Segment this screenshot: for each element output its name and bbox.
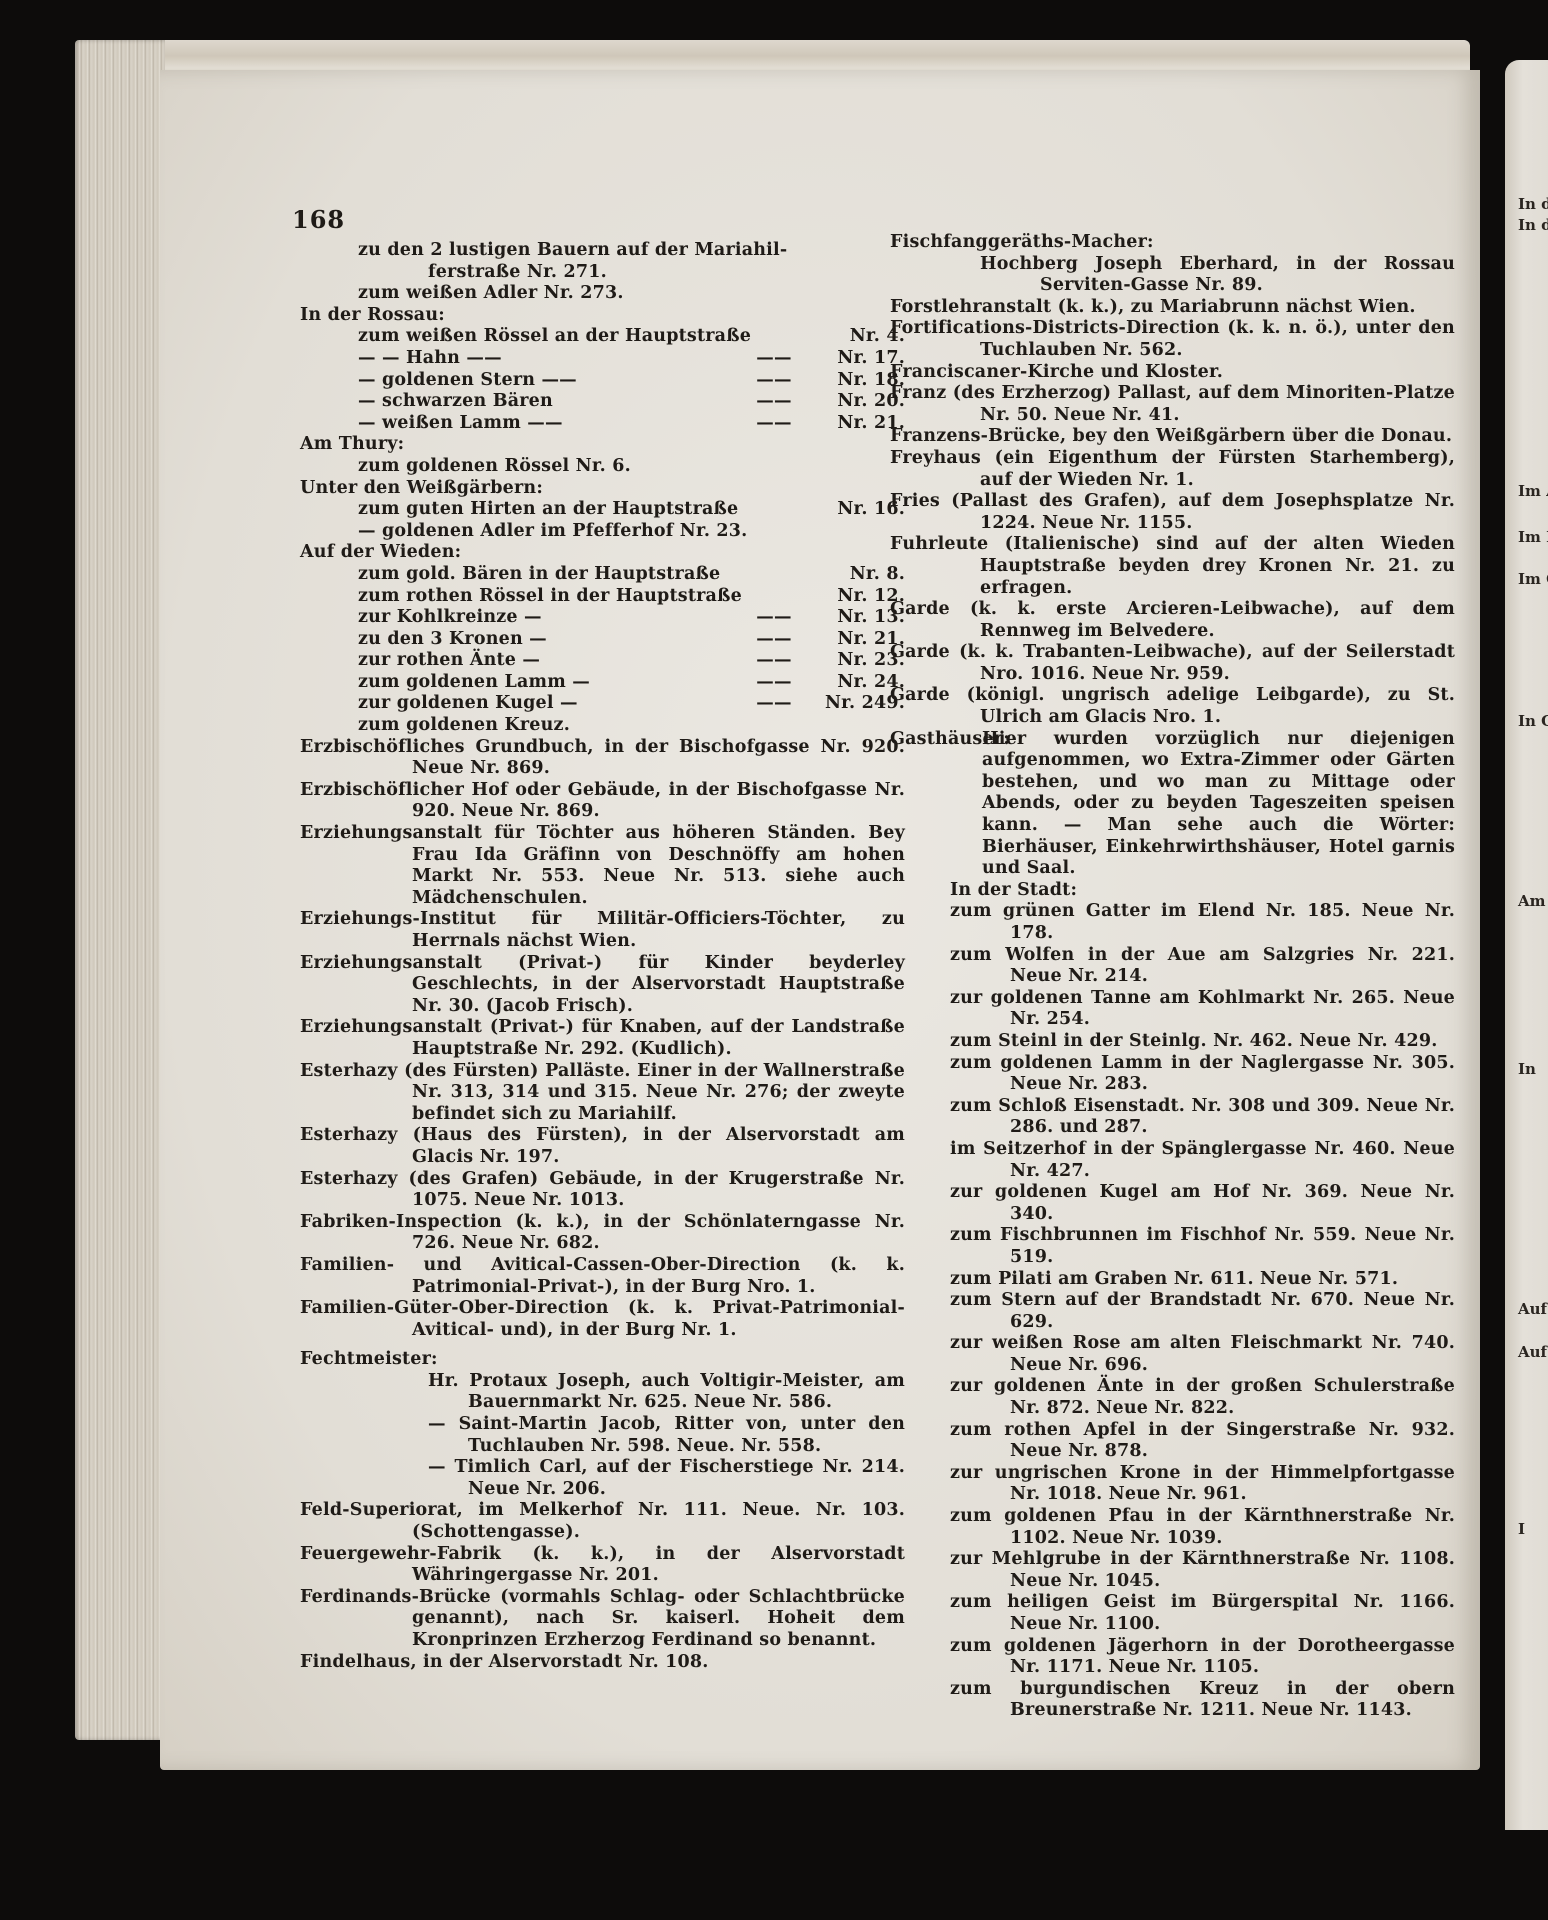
- item-name: zur Kohlkreinze —: [358, 607, 739, 629]
- list-item: zum Stern auf der Brandstadt Nr. 670. Ne…: [890, 1290, 1455, 1333]
- entry: Findelhaus, in der Alservorstadt Nr. 108…: [300, 1652, 905, 1674]
- list-item: zur Mehlgrube in der Kärnthnerstraße Nr.…: [890, 1549, 1455, 1592]
- item-name: — schwarzen Bären: [358, 391, 739, 413]
- book-page-edges: [75, 40, 165, 1740]
- entry: Feuergewehr-Fabrik (k. k.), in der Alser…: [300, 1544, 905, 1587]
- entry: Esterhazy (des Grafen) Gebäude, in der K…: [300, 1169, 905, 1212]
- facing-page-edge: [1505, 60, 1548, 1830]
- group-heading: In der Rossau:: [300, 305, 905, 327]
- facing-page-text: In der: [1518, 216, 1548, 234]
- list-item: — weißen Lamm ————Nr. 21.: [300, 413, 905, 435]
- facing-page-text: Auf: [1518, 1300, 1547, 1318]
- entry: Ferdinands-Brücke (vormahls Schlag- oder…: [300, 1587, 905, 1652]
- entry: Erziehungs-Institut für Militär-Officier…: [300, 909, 905, 952]
- list-item: zum burgundischen Kreuz in der obern Bre…: [890, 1679, 1455, 1722]
- item-dash: ——: [739, 348, 809, 370]
- entry: Esterhazy (des Fürsten) Palläste. Einer …: [300, 1061, 905, 1126]
- entry: Hochberg Joseph Eberhard, in der Rossau …: [890, 254, 1455, 297]
- item-name: zum rothen Rössel in der Hauptstraße: [358, 586, 809, 608]
- item-name: zum goldenen Lamm —: [358, 672, 739, 694]
- gasthaeuser-entry: Gasthäuser: Hier wurden vorzüglich nur d…: [890, 729, 1455, 880]
- group-heading: Am Thury:: [300, 434, 905, 456]
- entry: Fuhrleute (Italienische) sind auf der al…: [890, 534, 1455, 599]
- group-heading: Unter den Weißgärbern:: [300, 478, 905, 500]
- facing-page-text: Am: [1518, 892, 1546, 910]
- entry: Garde (k. k. Trabanten-Leibwache), auf d…: [890, 642, 1455, 685]
- list-item: zur ungrischen Krone in der Himmelpfortg…: [890, 1463, 1455, 1506]
- entry-list: Forstlehranstalt (k. k.), zu Mariabrunn …: [890, 297, 1455, 729]
- subheading-in-der-stadt: In der Stadt:: [890, 880, 1455, 902]
- entry: Fortifications-Districts-Direction (k. k…: [890, 318, 1455, 361]
- entry: Erzbischöflicher Hof oder Gebäude, in de…: [300, 780, 905, 823]
- facing-page-text: Im B: [1518, 528, 1548, 546]
- entry: Franciscaner-Kirche und Kloster.: [890, 362, 1455, 384]
- item-name: zur goldenen Kugel —: [358, 693, 739, 715]
- list-item: Hr. Protaux Joseph, auch Voltigir-Meiste…: [300, 1371, 905, 1414]
- item-dash: ——: [739, 370, 809, 392]
- entry: Freyhaus (ein Eigenthum der Fürsten Star…: [890, 448, 1455, 491]
- item-name: — — Hahn ——: [358, 348, 739, 370]
- item-dash: ——: [739, 693, 809, 715]
- entry: Fabriken-Inspection (k. k.), in der Schö…: [300, 1212, 905, 1255]
- list-item: — schwarzen Bären——Nr. 20.: [300, 391, 905, 413]
- item-name: — goldenen Stern ——: [358, 370, 739, 392]
- facing-page-text: I: [1518, 1520, 1525, 1538]
- text-line: ferstraße Nr. 271.: [300, 262, 905, 284]
- list-item: zu den 3 Kronen ———Nr. 21.: [300, 629, 905, 651]
- entry-list: Erzbischöfliches Grundbuch, in der Bisch…: [300, 737, 905, 1342]
- list-item: zum rothen Rössel in der HauptstraßeNr. …: [300, 586, 905, 608]
- section-heading-fechtmeister: Fechtmeister:: [300, 1349, 905, 1371]
- list-item: zur Kohlkreinze ———Nr. 13.: [300, 607, 905, 629]
- text-line: zum weißen Adler Nr. 273.: [300, 283, 905, 305]
- list-item: — goldenen Stern ————Nr. 18.: [300, 370, 905, 392]
- list-item: — Saint-Martin Jacob, Ritter von, unter …: [300, 1414, 905, 1457]
- gasthaeuser-list: zum grünen Gatter im Elend Nr. 185. Neue…: [890, 901, 1455, 1722]
- list-item: zur weißen Rose am alten Fleischmarkt Nr…: [890, 1333, 1455, 1376]
- list-item: — goldenen Adler im Pfefferhof Nr. 23.: [300, 521, 905, 543]
- entry: Fries (Pallast des Grafen), auf dem Jose…: [890, 491, 1455, 534]
- group-heading: Auf der Wieden:: [300, 542, 905, 564]
- text-line: zu den 2 lustigen Bauern auf der Mariahi…: [300, 240, 905, 262]
- entry: Erziehungsanstalt für Töchter aus höhere…: [300, 823, 905, 909]
- item-name: zum guten Hirten an der Hauptstraße: [358, 499, 809, 521]
- entry: Garde (k. k. erste Arcieren-Leibwache), …: [890, 599, 1455, 642]
- item-dash: ——: [739, 629, 809, 651]
- facing-page-text: Auf: [1518, 1343, 1547, 1361]
- item-name: zum weißen Rössel an der Hauptstraße: [358, 326, 809, 348]
- item-dash: ——: [739, 650, 809, 672]
- facing-page-text: Im A: [1518, 482, 1548, 500]
- item-dash: ——: [739, 413, 809, 435]
- list-item: zum grünen Gatter im Elend Nr. 185. Neue…: [890, 901, 1455, 944]
- list-item: zum gold. Bären in der HauptstraßeNr. 8.: [300, 564, 905, 586]
- right-column: Fischfanggeräths-Macher: Hochberg Joseph…: [890, 232, 1455, 1722]
- entry-heading: Gasthäuser:: [890, 729, 982, 880]
- entry: Familien-Güter-Ober-Direction (k. k. Pri…: [300, 1298, 905, 1341]
- list-item: zum guten Hirten an der HauptstraßeNr. 1…: [300, 499, 905, 521]
- list-item: zum goldenen Jägerhorn in der Dorotheerg…: [890, 1636, 1455, 1679]
- list-item: zur goldenen Tanne am Kohlmarkt Nr. 265.…: [890, 988, 1455, 1031]
- list-item: zum goldenen Rössel Nr. 6.: [300, 456, 905, 478]
- list-item: zur rothen Änte ———Nr. 23.: [300, 650, 905, 672]
- list-item: zum goldenen Lamm in der Naglergasse Nr.…: [890, 1053, 1455, 1096]
- facing-page-text: In d: [1518, 195, 1548, 213]
- list-item: — Timlich Carl, auf der Fischerstiege Nr…: [300, 1457, 905, 1500]
- list-item: zum Fischbrunnen im Fischhof Nr. 559. Ne…: [890, 1225, 1455, 1268]
- list-item: zur goldenen Kugel ———Nr. 249.: [300, 693, 905, 715]
- facing-page-text: Im G: [1518, 570, 1548, 588]
- list-item: zum Schloß Eisenstadt. Nr. 308 und 309. …: [890, 1096, 1455, 1139]
- list-item: zum rothen Apfel in der Singerstraße Nr.…: [890, 1420, 1455, 1463]
- item-name: — goldenen Adler im Pfefferhof Nr. 23.: [358, 521, 905, 543]
- list-item: zum Steinl in der Steinlg. Nr. 462. Neue…: [890, 1031, 1455, 1053]
- list-item: zum heiligen Geist im Bürgerspital Nr. 1…: [890, 1592, 1455, 1635]
- page-number: 168: [292, 205, 345, 234]
- list-item: zum goldenen Kreuz.: [300, 715, 905, 737]
- item-dash: ——: [739, 672, 809, 694]
- list-item: zur goldenen Änte in der großen Schulers…: [890, 1376, 1455, 1419]
- entry: Franzens-Brücke, bey den Weißgärbern übe…: [890, 426, 1455, 448]
- fechtmeister-list: Hr. Protaux Joseph, auch Voltigir-Meiste…: [300, 1371, 905, 1501]
- entry: Familien- und Avitical-Cassen-Ober-Direc…: [300, 1255, 905, 1298]
- list-item: zum goldenen Lamm ———Nr. 24.: [300, 672, 905, 694]
- entry: Forstlehranstalt (k. k.), zu Mariabrunn …: [890, 297, 1455, 319]
- entry: Erziehungsanstalt (Privat-) für Kinder b…: [300, 953, 905, 1018]
- list-item: zum Pilati am Graben Nr. 611. Neue Nr. 5…: [890, 1269, 1455, 1291]
- list-item: zum goldenen Pfau in der Kärnthnerstraße…: [890, 1506, 1455, 1549]
- entry: Erziehungsanstalt (Privat-) für Knaben, …: [300, 1017, 905, 1060]
- entry: Esterhazy (Haus des Fürsten), in der Als…: [300, 1125, 905, 1168]
- list-item: — — Hahn ————Nr. 17.: [300, 348, 905, 370]
- section-heading-fischfang: Fischfanggeräths-Macher:: [890, 232, 1455, 254]
- facing-page-text: In G: [1518, 712, 1548, 730]
- item-dash: ——: [739, 607, 809, 629]
- item-name: zur rothen Änte —: [358, 650, 739, 672]
- facing-page-text: In: [1518, 1060, 1536, 1078]
- item-dash: ——: [739, 391, 809, 413]
- entry: Franz (des Erzherzog) Pallast, auf dem M…: [890, 383, 1455, 426]
- entry: Garde (königl. ungrisch adelige Leibgard…: [890, 685, 1455, 728]
- entry: Erzbischöfliches Grundbuch, in der Bisch…: [300, 737, 905, 780]
- entry-text: Hier wurden vorzüglich nur diejenigen au…: [982, 729, 1455, 880]
- list-item: zur goldenen Kugel am Hof Nr. 369. Neue …: [890, 1182, 1455, 1225]
- item-name: zum goldenen Kreuz.: [358, 715, 905, 737]
- entry: Feld-Superiorat, im Melkerhof Nr. 111. N…: [300, 1500, 905, 1543]
- list-item: im Seitzerhof in der Spänglergasse Nr. 4…: [890, 1139, 1455, 1182]
- item-name: zum goldenen Rössel Nr. 6.: [358, 456, 905, 478]
- entry-list-bottom: Feld-Superiorat, im Melkerhof Nr. 111. N…: [300, 1500, 905, 1673]
- item-name: — weißen Lamm ——: [358, 413, 739, 435]
- list-item: zum weißen Rössel an der HauptstraßeNr. …: [300, 326, 905, 348]
- left-column: zu den 2 lustigen Bauern auf der Mariahi…: [300, 240, 905, 1673]
- item-name: zum gold. Bären in der Hauptstraße: [358, 564, 809, 586]
- item-name: zu den 3 Kronen —: [358, 629, 739, 651]
- inn-groups: In der Rossau:zum weißen Rössel an der H…: [300, 305, 905, 737]
- list-item: zum Wolfen in der Aue am Salzgries Nr. 2…: [890, 945, 1455, 988]
